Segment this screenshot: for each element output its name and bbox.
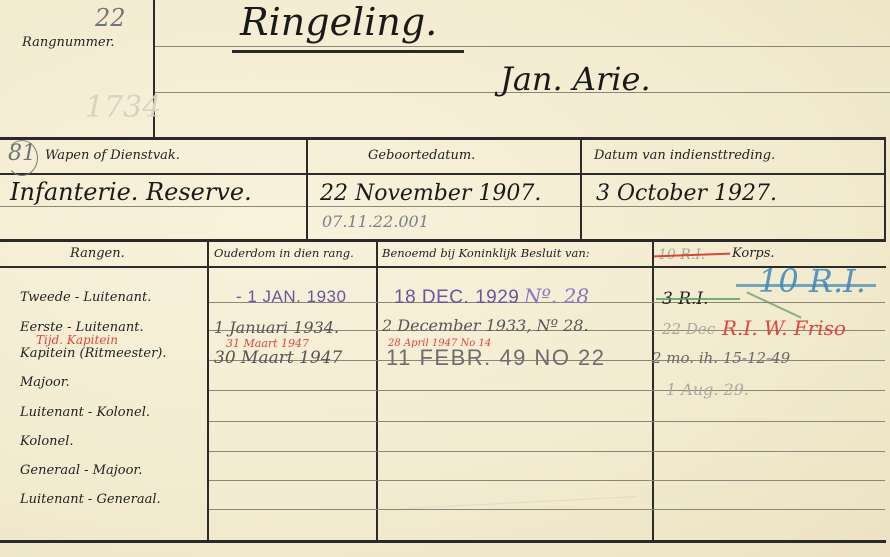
ruling-line <box>155 46 890 47</box>
benoemd-kapitein-stamp: 11 FEBR. 49 NO 22 <box>386 345 606 371</box>
info-divider <box>580 138 582 240</box>
ruling-line <box>209 451 885 452</box>
header-benoemd: Benoemd bij Koninklijk Besluit van: <box>382 246 590 260</box>
rank-tweede-luitenant: Tweede - Luitenant. <box>20 290 151 305</box>
korps-blue: 10 R.I. <box>758 262 866 300</box>
rangnummer-label: Rangnummer. <box>22 35 115 50</box>
rank-majoor: Majoor. <box>20 375 70 390</box>
benoemd-eerste: 2 December 1933, Nº 28. <box>382 316 589 335</box>
ouderdom-eerste: 1 Januari 1934. <box>214 318 339 337</box>
personnel-record-card: 22 Rangnummer. 1734 Ringeling. Jan. Arie… <box>0 0 890 557</box>
rangnummer-value: 22 <box>95 4 126 32</box>
rank-luitenant-kolonel: Luitenant - Kolonel. <box>20 405 150 420</box>
indiensttreding-label: Datum van indiensttreding. <box>594 148 775 163</box>
ruling-line <box>0 206 886 207</box>
header-rangen: Rangen. <box>70 246 125 261</box>
info-divider <box>306 138 308 240</box>
rank-luitenant-generaal: Luitenant - Generaal. <box>20 492 161 507</box>
geboortedatum-label: Geboortedatum. <box>368 148 475 163</box>
ouderdom-stamp-tweede: - 1 JAN. 1930 <box>236 287 346 307</box>
korps-pencil-date: 22 Dec <box>662 320 715 338</box>
rank-kolonel: Kolonel. <box>20 434 74 449</box>
index-mark: 81 <box>8 141 36 166</box>
geboortedatum-value: 22 November 1907. <box>320 181 541 206</box>
korps-pencil-aug: 1 Aug. 29. <box>666 380 749 399</box>
ruling-line <box>209 390 885 391</box>
info-right-border <box>884 138 886 240</box>
geboortedatum-code: 07.11.22.001 <box>322 212 429 231</box>
info-top-border <box>0 137 886 140</box>
benoemd-tweede-no: Nº. 28 <box>524 284 589 308</box>
ouderdom-kapitein: 30 Maart 1947 <box>214 348 342 368</box>
korps-red: R.I. W. Friso <box>722 316 846 340</box>
info-header-border <box>0 173 886 175</box>
rank-generaal-majoor: Generaal - Majoor. <box>20 463 142 478</box>
ruling-line <box>209 480 885 481</box>
table-header-border <box>0 266 886 268</box>
wapen-label: Wapen of Dienstvak. <box>45 148 180 163</box>
rangnummer-pencil-note: 1734 <box>85 90 161 125</box>
ruling-line <box>209 509 885 510</box>
benoemd-stamp-tweede: 18 DEC. 1929 <box>394 287 519 309</box>
korps-mo: 2 mo. ih. 15-12-49 <box>652 349 790 367</box>
table-bottom-border <box>0 540 886 543</box>
rank-annotation-red: Tijd. Kapitein <box>36 333 118 347</box>
wapen-value: Infanterie. Reserve. <box>10 178 252 206</box>
strike-green <box>656 298 740 300</box>
surname-underline <box>232 50 464 53</box>
header-ouderdom: Ouderdom in dien rang. <box>214 246 354 260</box>
surname: Ringeling. <box>240 0 437 44</box>
rank-kapitein: Kapitein (Ritmeester). <box>20 346 167 361</box>
header-korps: Korps. <box>732 246 775 261</box>
given-names: Jan. Arie. <box>500 60 651 98</box>
table-top-border <box>0 239 886 242</box>
ruling-line <box>209 421 885 422</box>
korps-struck-prefix: 10 R.I. <box>658 244 705 263</box>
strike-blue <box>736 284 876 287</box>
faint-pencil-scribble <box>406 484 636 509</box>
indiensttreding-value: 3 October 1927. <box>596 181 777 206</box>
